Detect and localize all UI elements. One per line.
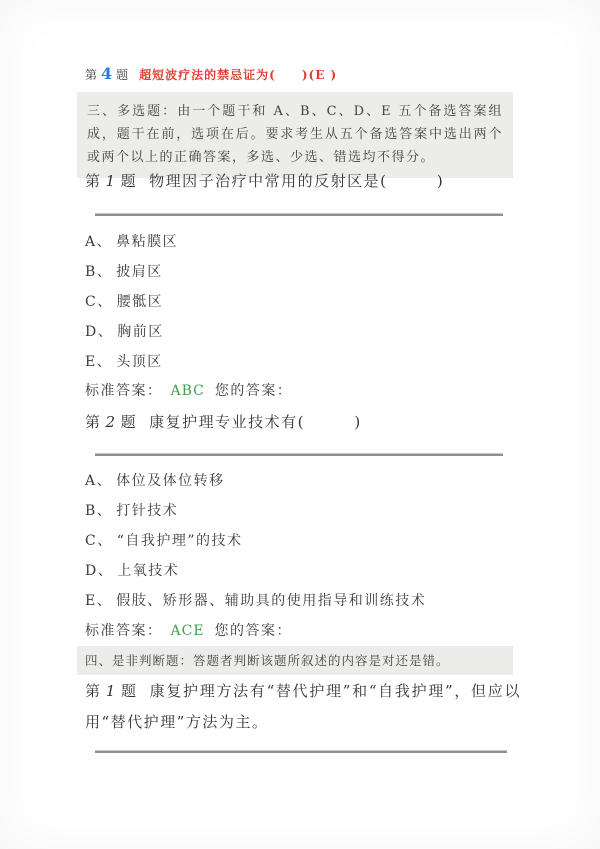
q2-answer-line: 标准答案：ACE您的答案：: [85, 620, 292, 640]
question-1-stem: 物理因子治疗中常用的反射区是( ): [149, 172, 444, 190]
question-4-header: 第4题超短波疗法的禁忌证为( )(E ): [85, 64, 337, 83]
question-4-prefix: 第: [85, 68, 98, 82]
q2-option-a-text: 体位及体位转移: [116, 473, 225, 489]
divider: [95, 213, 503, 216]
judge-question-stem: 康复护理方法有“替代护理”和“自我护理”，但应以用“替代护理”方法为主。: [85, 682, 521, 731]
q1-standard-answer-label: 标准答案：: [85, 383, 163, 399]
q1-standard-answer: ABC: [171, 383, 205, 399]
section-four-instructions: 四、是非判断题：答题者判断该题所叙述的内容是对还是错。: [77, 646, 513, 675]
judge-question-prefix: 第: [85, 682, 102, 700]
section-three-instructions: 三、多选题：由一个题干和 A、B、C、D、E 五个备选答案组成，题干在前，选项在…: [77, 92, 513, 178]
q2-standard-answer: ACE: [171, 623, 205, 639]
divider: [95, 453, 503, 456]
q1-option-c-label: C、: [85, 294, 113, 310]
question-2-suffix: 题: [121, 413, 138, 431]
q2-option-e-text: 假肢、矫形器、辅助具的使用指导和训练技术: [116, 593, 426, 609]
q1-option-a-label: A、: [85, 234, 112, 250]
question-2-header: 第2题康复护理专业技术有( ): [85, 411, 362, 432]
question-2-stem: 康复护理专业技术有( ): [149, 413, 362, 431]
q1-option-c: C、腰骶区: [85, 291, 163, 311]
question-4-suffix: 题: [116, 68, 129, 82]
q2-option-b-label: B、: [85, 503, 112, 519]
question-2-number: 2: [102, 413, 121, 431]
q2-option-d: D、上氧技术: [85, 560, 179, 580]
question-4-title: 超短波疗法的禁忌证为( )(E ): [139, 68, 337, 82]
q2-option-c-label: C、: [85, 533, 113, 549]
q1-option-b: B、披肩区: [85, 261, 163, 281]
question-1-header: 第1题物理因子治疗中常用的反射区是( ): [85, 170, 444, 191]
q1-option-a: A、鼻粘膜区: [85, 231, 178, 251]
exam-page: 第4题超短波疗法的禁忌证为( )(E ) 三、多选题：由一个题干和 A、B、C、…: [0, 0, 600, 849]
judge-question-number: 1: [102, 682, 121, 700]
q2-option-a-label: A、: [85, 473, 112, 489]
q1-option-b-label: B、: [85, 264, 112, 280]
q1-your-answer-label: 您的答案：: [215, 383, 293, 399]
q2-option-c-text: “自我护理”的技术: [117, 533, 243, 549]
q2-option-a: A、体位及体位转移: [85, 470, 225, 490]
q2-option-e: E、假肢、矫形器、辅助具的使用指导和训练技术: [85, 590, 426, 610]
question-4-number: 4: [98, 64, 116, 83]
q1-option-e-text: 头顶区: [116, 354, 163, 370]
question-2-prefix: 第: [85, 413, 102, 431]
divider: [95, 750, 507, 753]
question-1-number: 1: [102, 172, 121, 190]
q2-option-d-label: D、: [85, 563, 113, 579]
judge-question-suffix: 题: [121, 682, 138, 700]
q2-option-e-label: E、: [85, 593, 112, 609]
q2-option-b: B、打针技术: [85, 500, 178, 520]
q2-option-d-text: 上氧技术: [117, 563, 179, 579]
q2-option-b-text: 打针技术: [116, 503, 178, 519]
q1-option-d-text: 胸前区: [117, 324, 164, 340]
q1-option-a-text: 鼻粘膜区: [116, 234, 178, 250]
q1-option-b-text: 披肩区: [116, 264, 163, 280]
q1-option-e-label: E、: [85, 354, 112, 370]
q2-standard-answer-label: 标准答案：: [85, 623, 163, 639]
q1-option-d-label: D、: [85, 324, 113, 340]
q2-option-c: C、“自我护理”的技术: [85, 530, 243, 550]
q1-option-e: E、头顶区: [85, 351, 163, 371]
q2-your-answer-label: 您的答案：: [215, 623, 293, 639]
q1-option-d: D、胸前区: [85, 321, 164, 341]
q1-option-c-text: 腰骶区: [117, 294, 164, 310]
q1-answer-line: 标准答案：ABC您的答案：: [85, 380, 292, 400]
question-1-prefix: 第: [85, 172, 102, 190]
judge-question: 第1题康复护理方法有“替代护理”和“自我护理”，但应以用“替代护理”方法为主。: [85, 676, 521, 738]
question-1-suffix: 题: [121, 172, 138, 190]
